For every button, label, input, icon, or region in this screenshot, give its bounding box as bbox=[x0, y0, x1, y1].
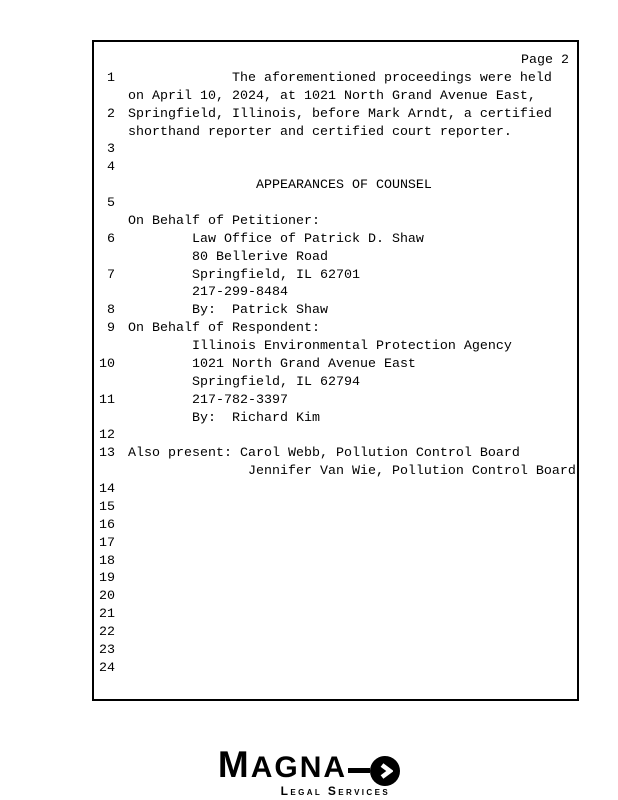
line-number: 10 bbox=[94, 356, 115, 374]
line-number: 14 bbox=[94, 481, 115, 499]
line-text: By: Richard Kim bbox=[128, 410, 320, 428]
transcript-row: Jennifer Van Wie, Pollution Control Boar… bbox=[94, 463, 577, 481]
transcript-row: 8 By: Patrick Shaw bbox=[94, 302, 577, 320]
transcript-row: 18 bbox=[94, 553, 577, 571]
line-text: Also present: Carol Webb, Pollution Cont… bbox=[128, 445, 520, 463]
line-number: 2 bbox=[94, 106, 115, 124]
transcript-row: 3 bbox=[94, 141, 577, 159]
line-number: 1 bbox=[94, 70, 115, 88]
transcript-row: 15 bbox=[94, 499, 577, 517]
brand-initial: M bbox=[218, 744, 251, 785]
transcript-row: on April 10, 2024, at 1021 North Grand A… bbox=[94, 88, 577, 106]
line-text: 1021 North Grand Avenue East bbox=[128, 356, 416, 374]
transcript-row: 22 bbox=[94, 624, 577, 642]
transcript-page: Page 2 1 The aforementioned proceedings … bbox=[92, 40, 579, 701]
line-number: 18 bbox=[94, 553, 115, 571]
transcript-row: 6 Law Office of Patrick D. Shaw bbox=[94, 231, 577, 249]
transcript-row: APPEARANCES OF COUNSEL bbox=[94, 177, 577, 195]
magna-logo: MAGNA Legal Services bbox=[0, 746, 618, 798]
page-number-label: Page 2 bbox=[94, 52, 577, 70]
line-text: 80 Bellerive Road bbox=[128, 249, 328, 267]
transcript-row: 14 bbox=[94, 481, 577, 499]
line-text: Springfield, IL 62794 bbox=[128, 374, 360, 392]
transcript-row: 13Also present: Carol Webb, Pollution Co… bbox=[94, 445, 577, 463]
transcript-row: 5 bbox=[94, 195, 577, 213]
transcript-row: 11 217-782-3397 bbox=[94, 392, 577, 410]
logo-tagline: Legal Services bbox=[218, 784, 390, 798]
line-number: 8 bbox=[94, 302, 115, 320]
line-text: Springfield, Illinois, before Mark Arndt… bbox=[128, 106, 552, 124]
line-number: 19 bbox=[94, 570, 115, 588]
line-number: 11 bbox=[94, 392, 115, 410]
transcript-row: 24 bbox=[94, 660, 577, 678]
line-text: on April 10, 2024, at 1021 North Grand A… bbox=[128, 88, 536, 106]
logo-circle bbox=[370, 756, 400, 786]
line-number: 4 bbox=[94, 159, 115, 177]
line-number: 17 bbox=[94, 535, 115, 553]
transcript-row: Illinois Environmental Protection Agency bbox=[94, 338, 577, 356]
transcript-row: Springfield, IL 62794 bbox=[94, 374, 577, 392]
transcript-row: 19 bbox=[94, 570, 577, 588]
transcript-row: 17 bbox=[94, 535, 577, 553]
line-text: Law Office of Patrick D. Shaw bbox=[128, 231, 424, 249]
line-number: 22 bbox=[94, 624, 115, 642]
transcript-row: 9On Behalf of Respondent: bbox=[94, 320, 577, 338]
line-text: 217-299-8484 bbox=[128, 284, 288, 302]
line-number: 21 bbox=[94, 606, 115, 624]
transcript-row: 1 The aforementioned proceedings were he… bbox=[94, 70, 577, 88]
transcript-body: 1 The aforementioned proceedings were he… bbox=[94, 70, 577, 678]
transcript-row: shorthand reporter and certified court r… bbox=[94, 124, 577, 142]
transcript-row: 21 bbox=[94, 606, 577, 624]
transcript-row: By: Richard Kim bbox=[94, 410, 577, 428]
line-number: 6 bbox=[94, 231, 115, 249]
transcript-row: 10 1021 North Grand Avenue East bbox=[94, 356, 577, 374]
line-text: APPEARANCES OF COUNSEL bbox=[128, 177, 432, 195]
line-text: Illinois Environmental Protection Agency bbox=[128, 338, 512, 356]
transcript-row: 217-299-8484 bbox=[94, 284, 577, 302]
line-text: Jennifer Van Wie, Pollution Control Boar… bbox=[128, 463, 576, 481]
line-number: 15 bbox=[94, 499, 115, 517]
chevron-right-icon bbox=[379, 763, 393, 779]
line-text: On Behalf of Respondent: bbox=[128, 320, 320, 338]
line-number: 13 bbox=[94, 445, 115, 463]
line-number: 23 bbox=[94, 642, 115, 660]
line-number: 7 bbox=[94, 267, 115, 285]
transcript-row: 16 bbox=[94, 517, 577, 535]
line-number: 24 bbox=[94, 660, 115, 678]
line-number: 3 bbox=[94, 141, 115, 159]
brand-rest: AGNA bbox=[251, 751, 347, 784]
transcript-row: 80 Bellerive Road bbox=[94, 249, 577, 267]
brand-wordmark: MAGNA bbox=[218, 746, 347, 783]
transcript-row: 7 Springfield, IL 62701 bbox=[94, 267, 577, 285]
transcript-row: 20 bbox=[94, 588, 577, 606]
line-text: Springfield, IL 62701 bbox=[128, 267, 360, 285]
logo-dash bbox=[348, 768, 370, 773]
line-number: 20 bbox=[94, 588, 115, 606]
transcript-row: 4 bbox=[94, 159, 577, 177]
transcript-row: 2Springfield, Illinois, before Mark Arnd… bbox=[94, 106, 577, 124]
transcript-row: 23 bbox=[94, 642, 577, 660]
line-number: 9 bbox=[94, 320, 115, 338]
line-number: 5 bbox=[94, 195, 115, 213]
line-text: By: Patrick Shaw bbox=[128, 302, 328, 320]
line-text: The aforementioned proceedings were held bbox=[128, 70, 552, 88]
line-text: 217-782-3397 bbox=[128, 392, 288, 410]
line-number: 16 bbox=[94, 517, 115, 535]
line-number: 12 bbox=[94, 427, 115, 445]
transcript-row: On Behalf of Petitioner: bbox=[94, 213, 577, 231]
line-text: On Behalf of Petitioner: bbox=[128, 213, 320, 231]
line-text: shorthand reporter and certified court r… bbox=[128, 124, 512, 142]
transcript-row: 12 bbox=[94, 427, 577, 445]
